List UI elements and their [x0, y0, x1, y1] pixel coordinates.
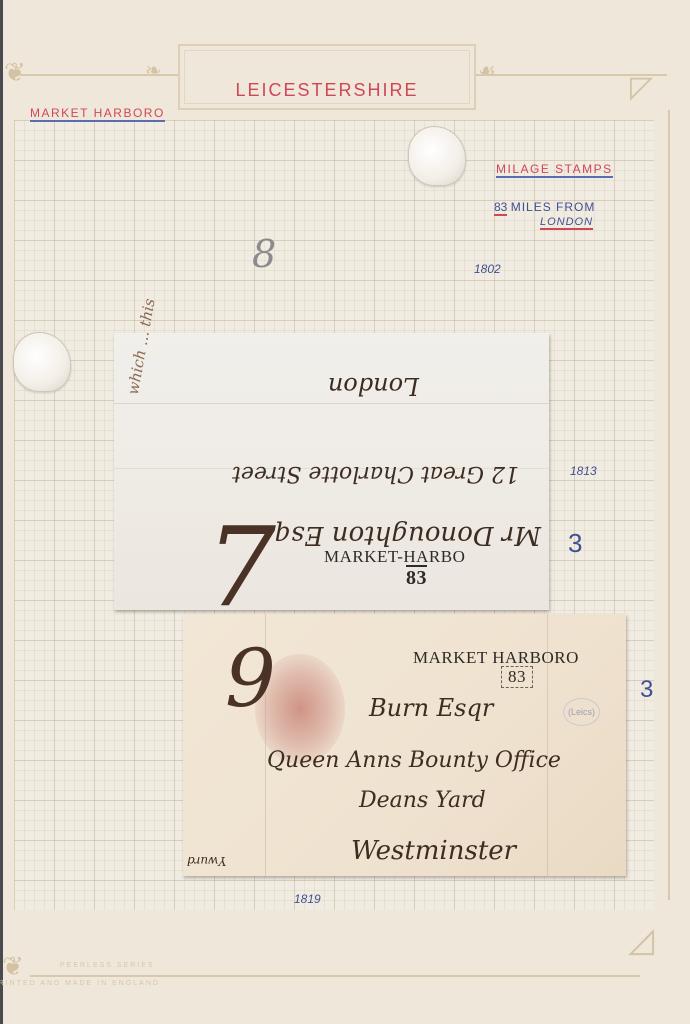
- right-rule: [668, 110, 670, 900]
- mileage-number: 83: [494, 200, 507, 216]
- cover-2-address-line: Westminster: [351, 836, 516, 866]
- cover-2-pencil-circle-note: (Leics): [563, 698, 600, 726]
- cover-2-manuscript-rate: 9: [225, 632, 276, 725]
- inverted-address-block: London 12 Great Charlotte Street Mr Dono…: [114, 333, 549, 610]
- mileage-line: 83 MILES FROM: [494, 200, 595, 214]
- title-box: LEICESTERSHIRE: [178, 44, 476, 110]
- cover-2-address-line: Burn Esqr: [369, 694, 493, 722]
- town-label: MARKET HARBORO: [30, 106, 165, 122]
- cover-1-address-line: Mr Donoughton Esq: [275, 520, 541, 550]
- mileage-text: MILES FROM: [511, 200, 596, 214]
- footer-made-in: PRINTED AND MADE IN ENGLAND: [0, 980, 160, 987]
- corner-ornament-bottom-right: ◿: [628, 920, 654, 960]
- cover-1-rate-annotation: 3: [568, 528, 582, 559]
- bottom-rule: [30, 975, 640, 977]
- cover-2-rate-annotation: 3: [640, 676, 653, 704]
- cover-1-year: 1802: [474, 262, 501, 276]
- scroll-ornament-bottom-left: ❦: [2, 952, 24, 982]
- scroll-ornament-top-mid-left: ❧: [145, 58, 162, 82]
- county-title: LEICESTERSHIRE: [180, 80, 474, 101]
- cover-2-address-line: Queen Anns Bounty Office: [267, 748, 561, 773]
- corner-ornament-top-right: ◸: [630, 70, 653, 105]
- cover-1-address-line: 12 Great Charlotte Street: [232, 461, 519, 486]
- pencil-mark: 8: [252, 232, 276, 276]
- cover-2-handstamp-miles: 83: [501, 666, 533, 688]
- album-page: ❦ ❧ ☙ ◸ ❦ ◿ PEERLESS SERIES PRINTED AND …: [0, 0, 690, 1024]
- page-left-edge: [0, 0, 3, 1024]
- section-heading: MILAGE STAMPS: [496, 162, 613, 178]
- cover-1-handstamp-town: MARKET-HARBO: [324, 547, 465, 567]
- scroll-ornament-top-left: ❦: [4, 58, 26, 88]
- cover-1-side-year: 1813: [570, 464, 597, 478]
- cover-2-edge-note: Ywurd: [187, 854, 226, 868]
- cover-1-handstamp-miles: 83: [406, 567, 427, 590]
- cover-1-manuscript-rate: 7: [206, 503, 276, 631]
- cover-1-address-line: London: [328, 372, 419, 400]
- mileage-destination: LONDON: [540, 216, 593, 230]
- scroll-ornament-top-mid-right: ☙: [478, 58, 496, 82]
- cover-2-address-line: Deans Yard: [359, 788, 486, 813]
- cover-2-handstamp-town: MARKET HARBORO: [413, 648, 579, 668]
- cover-2-year: 1819: [294, 892, 321, 906]
- footer-series: PEERLESS SERIES: [60, 962, 155, 969]
- postal-cover-1: which ... this London 12 Great Charlotte…: [114, 333, 549, 610]
- postal-cover-2: 9 MARKET HARBORO 83 (Leics) Burn Esqr Qu…: [183, 614, 626, 876]
